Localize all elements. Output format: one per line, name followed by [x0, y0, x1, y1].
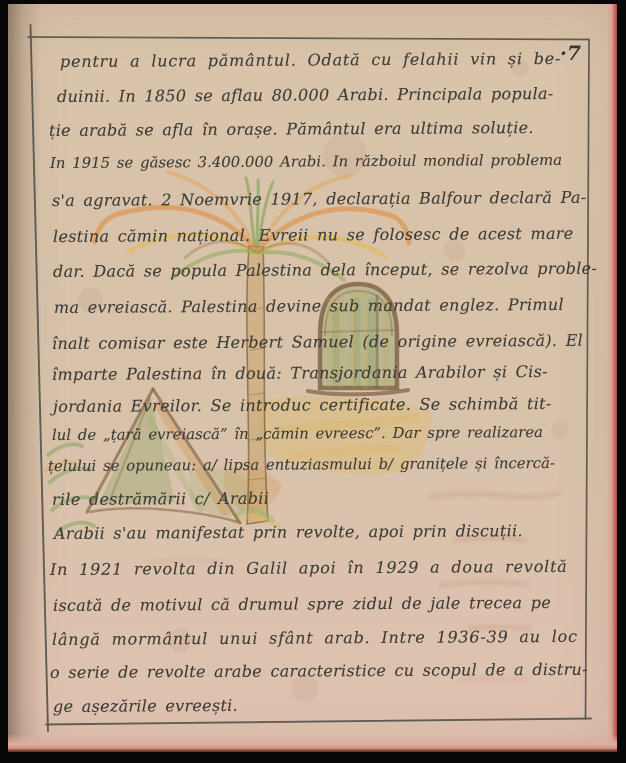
- handwritten-line-19: o serie de revolte arabe caracteristice …: [50, 660, 588, 682]
- handwritten-line-3: ție arabă se afla în orașe. Pământul era…: [49, 118, 534, 140]
- handwritten-line-10: împarte Palestina în două: Transjordania…: [52, 362, 548, 384]
- handwritten-line-15: Arabii s'au manifestat prin revolte, apo…: [54, 521, 523, 543]
- handwritten-line-2: duinii. In 1850 se aflau 80.000 Arabi. P…: [57, 84, 554, 106]
- handwritten-text-block: ·7 pentru a lucra pământul. Odată cu fel…: [0, 0, 626, 763]
- scanned-notebook-photo: ·7 pentru a lucra pământul. Odată cu fel…: [0, 0, 626, 763]
- handwritten-line-5: s'a agravat. 2 Noemvrie 1917, declarația…: [52, 188, 587, 210]
- handwritten-line-17: iscată de motivul că drumul spre zidul d…: [53, 593, 551, 615]
- handwritten-line-16: In 1921 revolta din Galil apoi în 1929 a…: [50, 557, 568, 579]
- handwritten-line-20: ge așezările evreești.: [53, 696, 238, 716]
- handwritten-line-6: lestina cămin național. Evreii nu se fol…: [53, 224, 574, 246]
- page-number: ·7: [560, 41, 581, 65]
- handwritten-line-12: lul de „țară evreiască” în „cămin evrees…: [52, 424, 543, 444]
- handwritten-line-4: In 1915 se găsesc 3.400.000 Arabi. In ră…: [50, 152, 562, 172]
- handwritten-line-9: înalt comisar este Herbert Samuel (de or…: [52, 331, 583, 353]
- handwritten-line-11: jordania Evreilor. Se introduc certifica…: [53, 394, 552, 416]
- handwritten-line-8: ma evreiască. Palestina devine sub manda…: [54, 295, 564, 317]
- handwritten-line-7: dar. Dacă se popula Palestina dela încep…: [53, 259, 597, 281]
- handwritten-line-13: țelului se opuneau: a/ lipsa entuziasmul…: [48, 455, 555, 475]
- handwritten-line-14: rile destrămării c/ Arabii: [52, 489, 269, 509]
- handwritten-line-18: lângă mormântul unui sfânt arab. Intre 1…: [52, 627, 578, 649]
- handwritten-line-1: pentru a lucra pământul. Odată cu felahi…: [60, 49, 561, 71]
